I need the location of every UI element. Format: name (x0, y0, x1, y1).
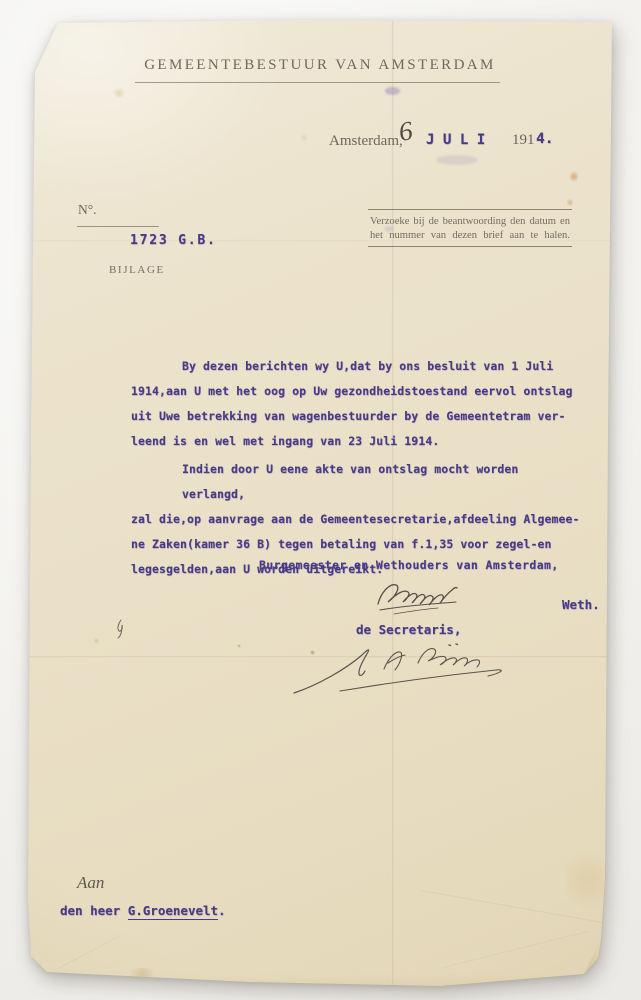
weth-label: Weth. (562, 597, 600, 612)
reply-note-line-2: het nummer van dezen brief aan te halen. (370, 229, 570, 243)
reference-number-rule (77, 226, 159, 227)
body-line: Indien door U eene akte van ontslag moch… (131, 457, 581, 507)
annotation-mark (113, 617, 125, 641)
body-line: 1914,aan U met het oog op Uw gezondheids… (131, 379, 581, 404)
letterhead-rule (135, 82, 500, 83)
addressee-name: G.Groenevelt (128, 903, 218, 920)
signature-wethouder (368, 578, 473, 616)
secretary-label: de Secretaris, (356, 622, 461, 637)
body-line: zal die,op aanvrage aan de Gemeentesecre… (131, 507, 581, 532)
signature-secretary (288, 639, 523, 697)
body-line: leend is en wel met ingang van 23 Juli 1… (131, 429, 581, 454)
text-layer: GEMEENTEBESTUUR VAN AMSTERDAM Amsterdam,… (0, 0, 641, 1000)
photo-background: GEMEENTEBESTUUR VAN AMSTERDAM Amsterdam,… (0, 0, 641, 1000)
dateline-month-stamp: JULI (426, 132, 494, 148)
reply-note-line-1: Verzoeke bij de beantwoording den datum … (370, 215, 570, 229)
reply-note-box: Verzoeke bij de beantwoording den datum … (368, 209, 572, 247)
reference-number-value: 1723 G.B. (130, 233, 217, 248)
enclosure-label: BIJLAGE (109, 264, 165, 276)
body-line: uit Uwe betrekking van wagenbestuurder b… (131, 404, 581, 429)
paper-shadow: GEMEENTEBESTUUR VAN AMSTERDAM Amsterdam,… (0, 0, 641, 1000)
dateline-year-printed: 191 (512, 132, 535, 149)
addressee-salutation: Aan (77, 873, 104, 893)
addressee-suffix: . (218, 903, 226, 918)
reference-number-label: N°. (78, 202, 97, 218)
letter-body: By dezen berichten wy U,dat by ons beslu… (131, 354, 581, 582)
dateline-city-label: Amsterdam, (329, 133, 403, 150)
letterhead-title: GEMEENTEBESTUUR VAN AMSTERDAM (130, 57, 510, 74)
body-line: By dezen berichten wy U,dat by ons beslu… (131, 354, 581, 379)
closing-sender-line: Burgemeester en Wethouders van Amsterdam… (259, 558, 559, 572)
letter-document: GEMEENTEBESTUUR VAN AMSTERDAM Amsterdam,… (0, 0, 641, 1000)
stain-spot (613, 468, 621, 483)
body-paragraph-1: By dezen berichten wy U,dat by ons beslu… (131, 354, 581, 454)
addressee-line: den heer G.Groenevelt. (60, 903, 226, 918)
body-line: ne Zaken(kamer 36 B) tegen betaling van … (131, 532, 581, 557)
dateline-year-typed: 4. (536, 131, 553, 147)
addressee-prefix: den heer (60, 903, 128, 918)
